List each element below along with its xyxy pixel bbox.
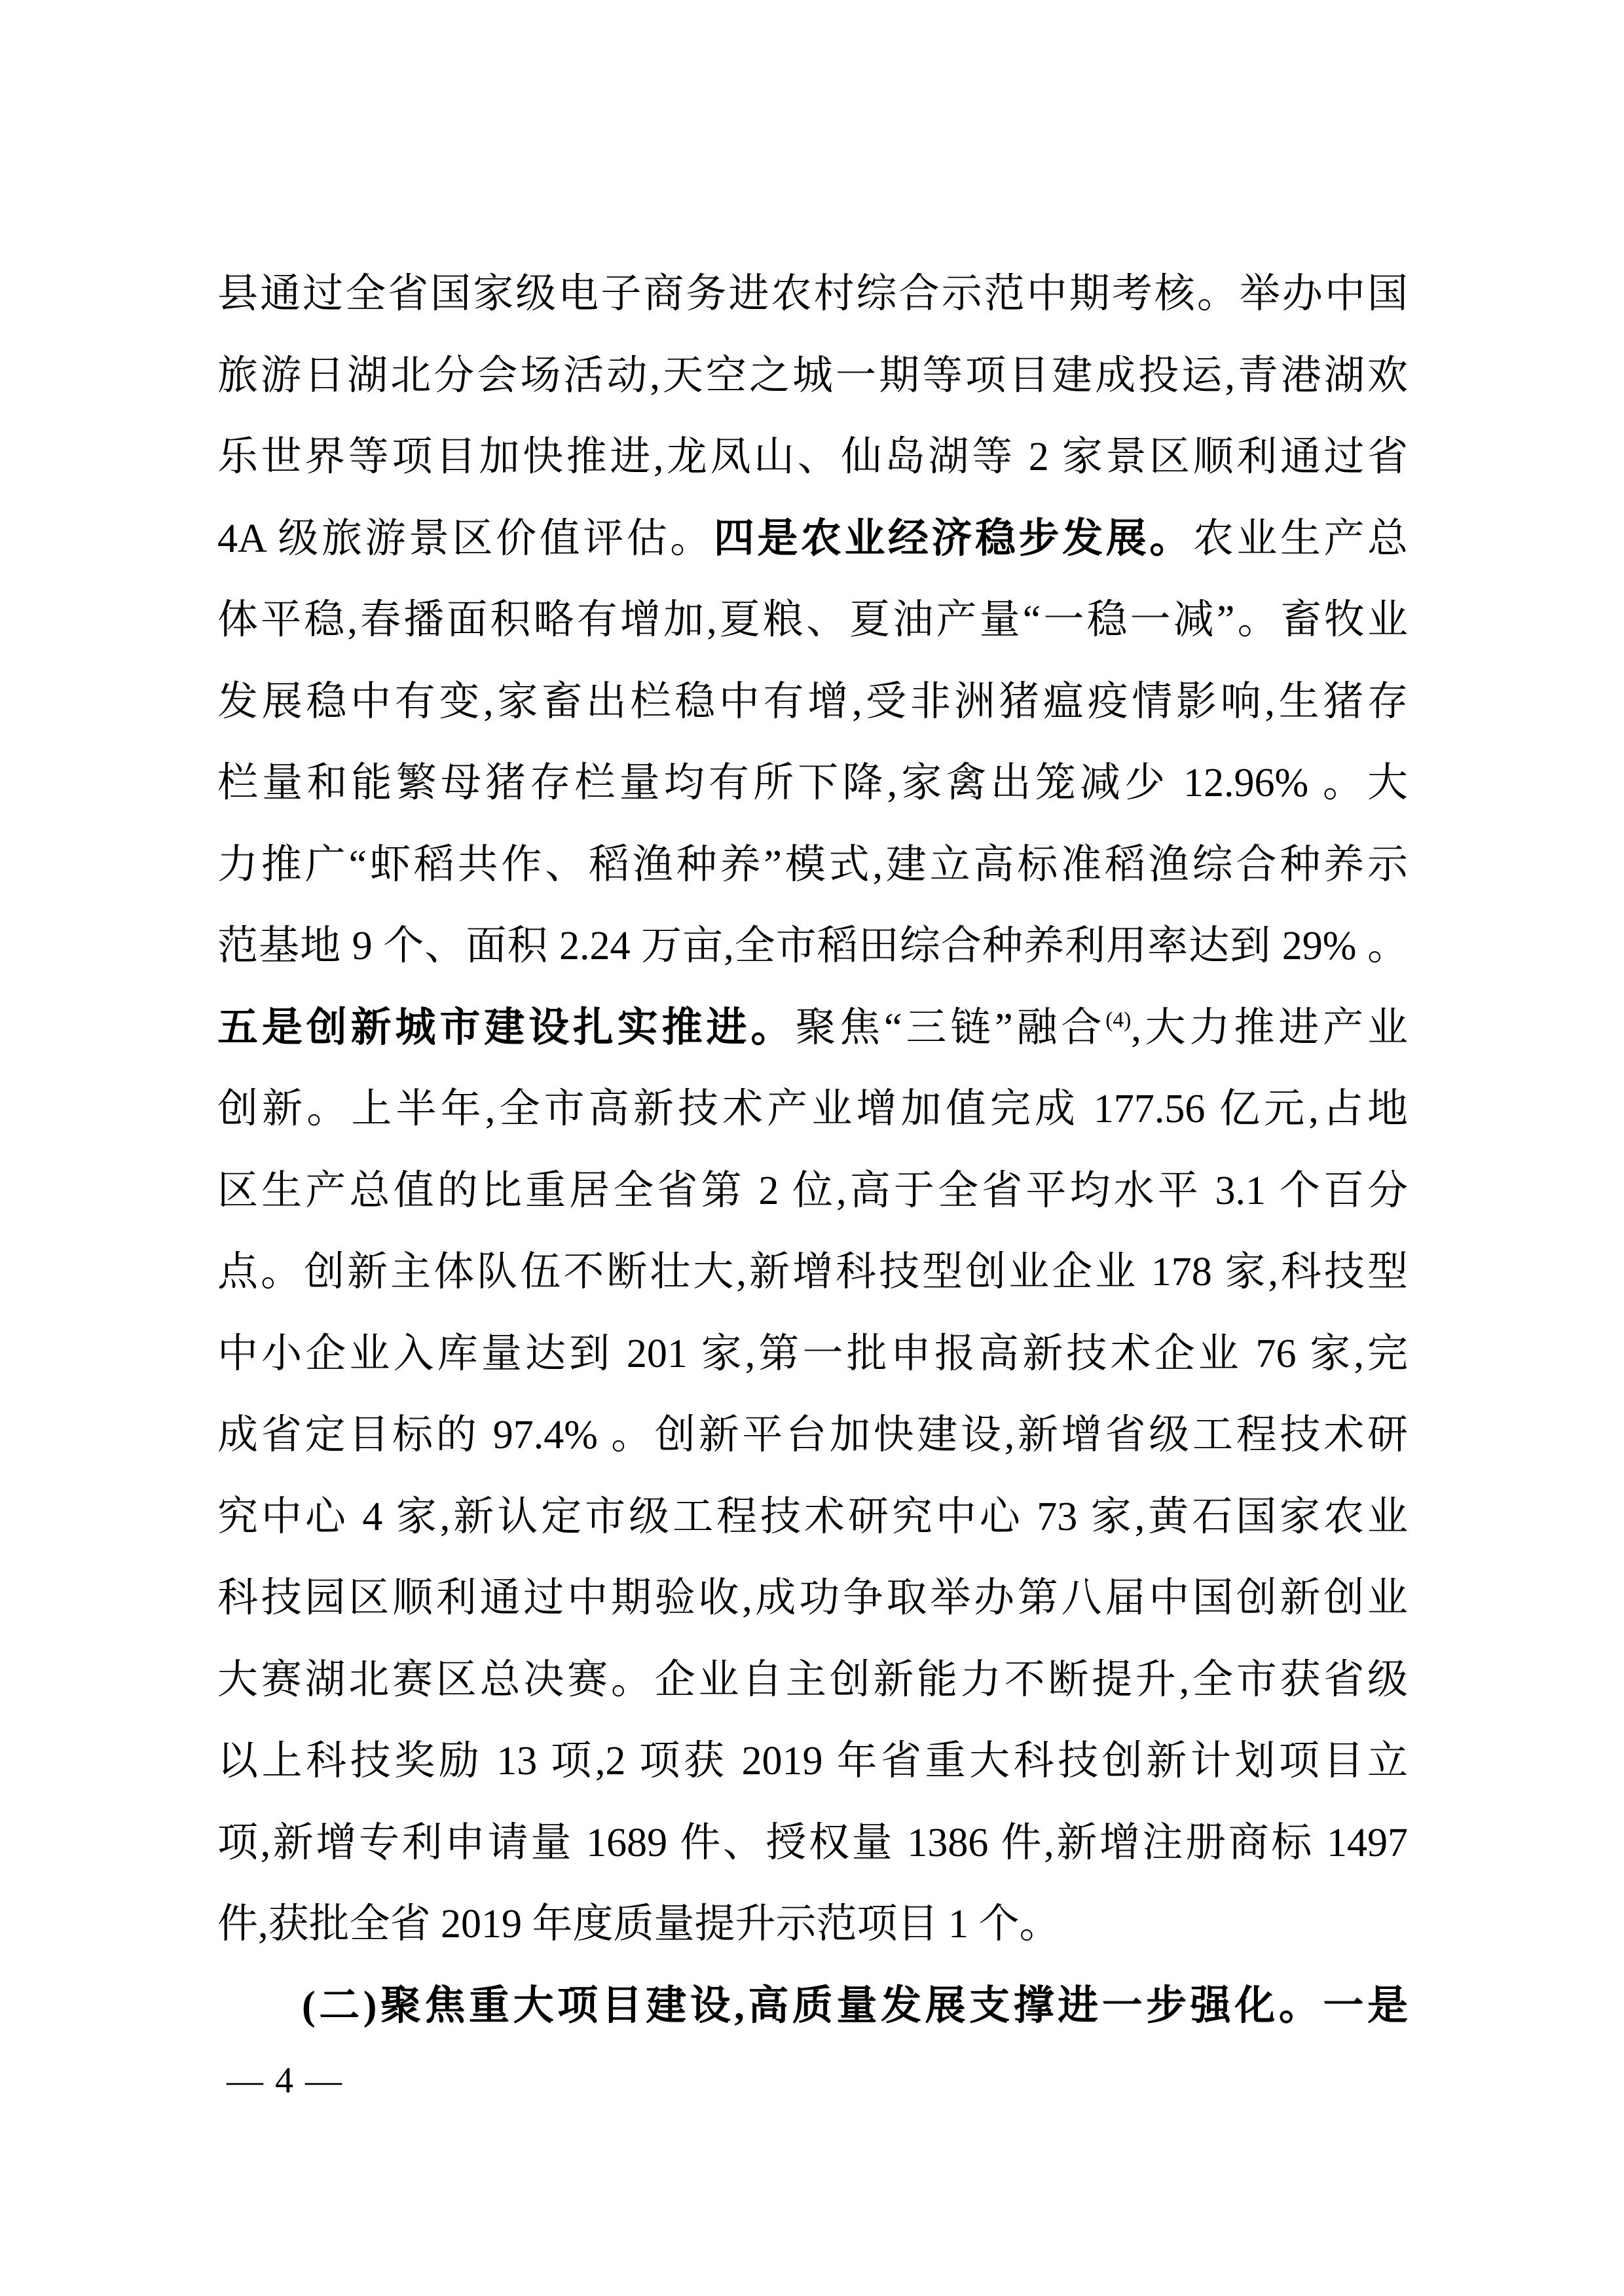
text-segment: 点。创新主体队伍不断壮大,新增科技型创业企业 178 家,科技型 <box>217 1250 1408 1294</box>
text-segment: 大赛湖北赛区总决赛。企业自主创新能力不断提升,全市获省级 <box>217 1658 1408 1702</box>
text-segment: 栏量和能繁母猪存栏量均有所下降,家禽出笼减少 12.96% 。大 <box>217 761 1408 805</box>
text-line: 发展稳中有变,家畜出栏稳中有增,受非洲猪瘟疫情影响,生猪存 <box>217 661 1408 743</box>
text-line: 科技园区顺利通过中期验收,成功争取举办第八届中国创新创业 <box>217 1558 1408 1639</box>
text-segment: 范基地 9 个、面积 2.24 万亩,全市稻田综合种养利用率达到 29% 。 <box>217 924 1408 968</box>
text-segment: 究中心 4 家,新认定市级工程技术研究中心 73 家,黄石国家农业 <box>217 1495 1408 1539</box>
text-line: 力推广“虾稻共作、稻渔种养”模式,建立高标准稻渔综合种养示 <box>217 824 1408 906</box>
text-segment: 件,获批全省 2019 年度质量提升示范项目 1 个。 <box>217 1902 1060 1946</box>
text-line: 究中心 4 家,新认定市级工程技术研究中心 73 家,黄石国家农业 <box>217 1476 1408 1558</box>
text-segment: 力推广“虾稻共作、稻渔种养”模式,建立高标准稻渔综合种养示 <box>217 843 1408 887</box>
text-segment: 体平稳,春播面积略有增加,夏粮、夏油产量“一稳一减”。畜牧业 <box>217 598 1408 642</box>
text-line: 乐世界等项目加快推进,龙凤山、仙岛湖等 2 家景区顺利通过省 <box>217 416 1408 498</box>
bold-text-segment: (二)聚焦重大项目建设,高质量发展支撑进一步强化。一是 <box>302 1984 1408 2028</box>
page-number: — 4 — <box>227 2060 343 2101</box>
text-line: 五是创新城市建设扎实推进。聚焦“三链”融合(4),大力推进产业 <box>217 987 1408 1069</box>
text-line: 旅游日湖北分会场活动,天空之城一期等项目建成投运,青港湖欢 <box>217 335 1408 417</box>
text-segment: 发展稳中有变,家畜出栏稳中有增,受非洲猪瘟疫情影响,生猪存 <box>217 680 1408 724</box>
text-segment: 聚焦“三链”融合 <box>795 1006 1105 1050</box>
text-segment: 项,新增专利申请量 1689 件、授权量 1386 件,新增注册商标 1497 <box>217 1821 1408 1865</box>
text-line: 件,获批全省 2019 年度质量提升示范项目 1 个。 <box>217 1884 1408 1965</box>
text-line: 成省定目标的 97.4% 。创新平台加快建设,新增省级工程技术研 <box>217 1394 1408 1476</box>
text-segment: 农业生产总 <box>1193 517 1408 561</box>
bold-text-segment: 四是农业经济稳步发展。 <box>714 517 1193 561</box>
text-line: (二)聚焦重大项目建设,高质量发展支撑进一步强化。一是 <box>217 1965 1408 2047</box>
text-line: 中小企业入库量达到 201 家,第一批申报高新技术企业 76 家,完 <box>217 1313 1408 1395</box>
document-body: 县通过全省国家级电子商务进农村综合示范中期考核。举办中国旅游日湖北分会场活动,天… <box>217 253 1408 2047</box>
text-line: 4A 级旅游景区价值评估。四是农业经济稳步发展。农业生产总 <box>217 498 1408 580</box>
text-segment: 旅游日湖北分会场活动,天空之城一期等项目建成投运,青港湖欢 <box>217 354 1408 398</box>
text-segment: 创新。上半年,全市高新技术产业增加值完成 177.56 亿元,占地 <box>217 1087 1408 1131</box>
text-segment: 中小企业入库量达到 201 家,第一批申报高新技术企业 76 家,完 <box>217 1332 1408 1376</box>
text-line: 栏量和能繁母猪存栏量均有所下降,家禽出笼减少 12.96% 。大 <box>217 742 1408 824</box>
text-line: 范基地 9 个、面积 2.24 万亩,全市稻田综合种养利用率达到 29% 。 <box>217 905 1408 987</box>
text-line: 大赛湖北赛区总决赛。企业自主创新能力不断提升,全市获省级 <box>217 1639 1408 1721</box>
text-line: 点。创新主体队伍不断壮大,新增科技型创业企业 178 家,科技型 <box>217 1231 1408 1313</box>
text-line: 县通过全省国家级电子商务进农村综合示范中期考核。举办中国 <box>217 253 1408 335</box>
document-page: 县通过全省国家级电子商务进农村综合示范中期考核。举办中国旅游日湖北分会场活动,天… <box>0 0 1624 2296</box>
text-line: 项,新增专利申请量 1689 件、授权量 1386 件,新增注册商标 1497 <box>217 1802 1408 1884</box>
text-line: 以上科技奖励 13 项,2 项获 2019 年省重大科技创新计划项目立 <box>217 1721 1408 1802</box>
text-segment: ,大力推进产业 <box>1131 1006 1408 1050</box>
text-segment: 县通过全省国家级电子商务进农村综合示范中期考核。举办中国 <box>217 272 1408 316</box>
text-segment: 以上科技奖励 13 项,2 项获 2019 年省重大科技创新计划项目立 <box>217 1739 1408 1783</box>
text-line: 区生产总值的比重居全省第 2 位,高于全省平均水平 3.1 个百分 <box>217 1150 1408 1232</box>
text-segment: 科技园区顺利通过中期验收,成功争取举办第八届中国创新创业 <box>217 1576 1408 1620</box>
text-line: 创新。上半年,全市高新技术产业增加值完成 177.56 亿元,占地 <box>217 1068 1408 1150</box>
text-segment: 成省定目标的 97.4% 。创新平台加快建设,新增省级工程技术研 <box>217 1413 1408 1457</box>
footnote-ref-superscript: (4) <box>1105 1008 1131 1032</box>
text-segment: 4A 级旅游景区价值评估。 <box>217 517 714 561</box>
text-segment: 区生产总值的比重居全省第 2 位,高于全省平均水平 3.1 个百分 <box>217 1169 1408 1213</box>
bold-text-segment: 五是创新城市建设扎实推进。 <box>217 1006 795 1050</box>
text-segment: 乐世界等项目加快推进,龙凤山、仙岛湖等 2 家景区顺利通过省 <box>217 435 1408 479</box>
text-line: 体平稳,春播面积略有增加,夏粮、夏油产量“一稳一减”。畜牧业 <box>217 579 1408 661</box>
page-footer: — 4 — <box>227 2062 343 2099</box>
